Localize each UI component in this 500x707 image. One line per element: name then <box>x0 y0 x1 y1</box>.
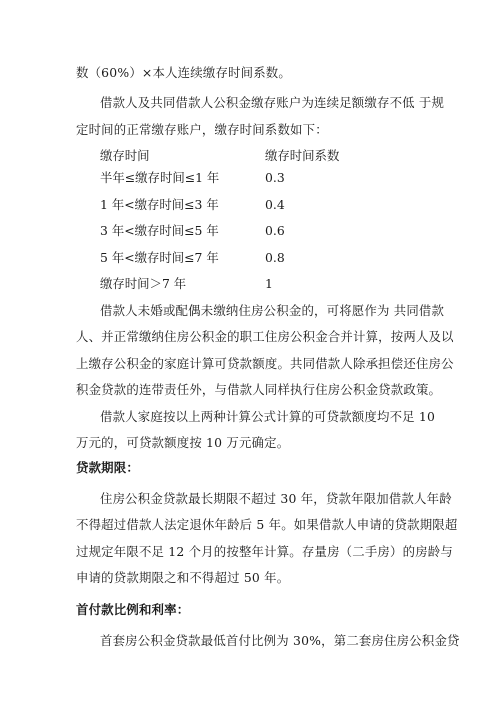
paragraph-line: 数（60%）×本人连续缴存时间系数。 <box>76 66 291 80</box>
paragraph-line: 积金贷款的连带责任外，与借款人同样执行住房公积金贷款政策。 <box>76 383 441 397</box>
paragraph-line: 住房公积金贷款最长期限不超过 30 年，贷款年限加借款人年龄 <box>100 492 452 506</box>
section-heading-down-payment: 首付款比例和利率： <box>76 603 189 617</box>
document-page: 数（60%）×本人连续缴存时间系数。 借款人及共同借款人公积金缴存账户为连续足额… <box>0 0 500 707</box>
table-cell-period: 3 年<缴存时间≤5 年 <box>100 224 219 238</box>
paragraph-line: 过规定年限不足 12 个月的按整年计算。存量房（二手房）的房龄与 <box>76 545 453 559</box>
table-cell-coefficient: 0.3 <box>265 171 285 185</box>
table-header-coefficient: 缴存时间系数 <box>265 149 339 163</box>
paragraph-line: 借款人及共同借款人公积金缴存账户为连续足额缴存不低 于规 <box>100 96 444 110</box>
paragraph-line: 万元的，可贷款额度按 10 万元确定。 <box>76 436 289 450</box>
table-cell-coefficient: 0.6 <box>265 224 285 238</box>
paragraph-line: 人、并正常缴纳住房公积金的职工住房公积金合并计算，按两人及以 <box>76 330 454 344</box>
table-cell-coefficient: 0.4 <box>265 198 285 212</box>
section-heading-loan-term: 贷款期限： <box>76 461 139 475</box>
paragraph-line: 上缴存公积金的家庭计算可贷款额度。共同借款人除承担偿还住房公 <box>76 357 454 371</box>
paragraph-line: 不得超过借款人法定退休年龄后 5 年。如果借款人申请的贷款期限超 <box>76 518 458 532</box>
table-cell-coefficient: 0.8 <box>265 251 285 265</box>
paragraph-line: 首套房公积金贷款最低首付比例为 30%，第二套房住房公积金贷 <box>100 634 460 648</box>
table-header-period: 缴存时间 <box>100 149 150 163</box>
paragraph-line: 借款人家庭按以上两种计算公式计算的可贷款额度均不足 10 <box>100 410 435 424</box>
table-cell-period: 半年≤缴存时间≤1 年 <box>100 171 219 185</box>
table-cell-coefficient: 1 <box>265 277 273 291</box>
paragraph-line: 借款人未婚或配偶未缴纳住房公积金的，可将愿作为 共同借款 <box>100 304 444 318</box>
paragraph-line: 申请的贷款期限之和不得超过 50 年。 <box>76 571 289 585</box>
table-cell-period: 缴存时间＞7 年 <box>100 277 186 291</box>
table-cell-period: 1 年<缴存时间≤3 年 <box>100 198 219 212</box>
table-cell-period: 5 年<缴存时间≤7 年 <box>100 251 219 265</box>
paragraph-line: 定时间的正常缴存账户，缴存时间系数如下： <box>76 123 328 137</box>
